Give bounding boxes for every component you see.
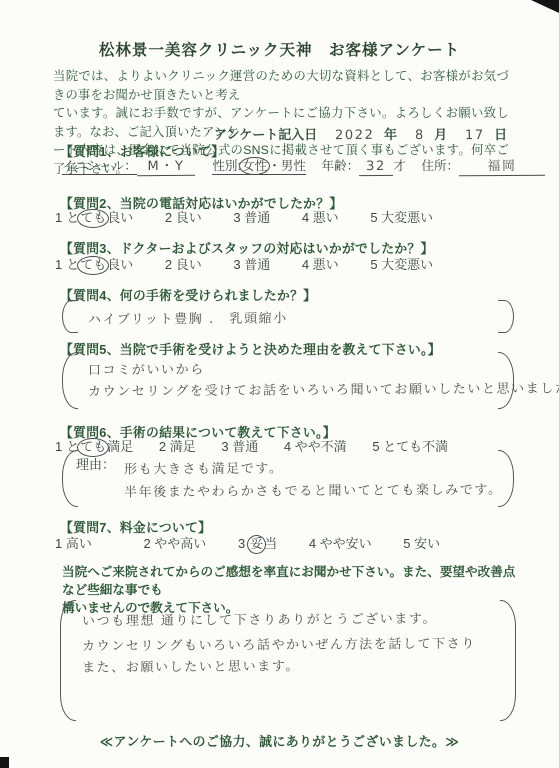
address-label: 住所： — [421, 159, 459, 173]
q6-reason-line-2: 半年後またやわらかさもでると聞いてとても楽しみです。 — [124, 479, 503, 501]
q2-option-4: 4 悪い — [302, 210, 339, 225]
q3-option-2: 2 良い — [165, 257, 202, 272]
age-unit: 才 — [393, 159, 406, 173]
date-year-unit: 年 — [384, 127, 397, 142]
q3-option-1-selected: 1とても良い — [55, 257, 133, 272]
scan-artifact-bottom-left — [0, 757, 9, 768]
gender-field: 性別:女性・男性 — [212, 159, 306, 175]
feedback-prompt-line-1: 当院へご来院されてからのご感想を率直にお聞かせ下さい。また、要望や改善点など些細… — [62, 563, 524, 599]
age-value: 32 — [359, 159, 393, 176]
date-month-value: 8 — [415, 128, 425, 143]
q3-options-row: 1とても良い 2 良い 3 普通 4 悪い 5 大変悪い — [55, 254, 461, 273]
feedback-answer-line-1: いつも理想 通りにして下さりありがとうございます。 — [82, 608, 437, 629]
bracket-left-decoration — [60, 600, 76, 721]
gender-label: 性別: — [212, 159, 241, 173]
date-month-unit: 月 — [434, 127, 447, 142]
initial-label: イニシャル： — [62, 159, 137, 175]
q5-answer-box: 口コミがいいから カウンセリングを受けてお話をいろいろ聞いてお願いしたいと思いま… — [62, 352, 514, 409]
q3-selection-circle: ても — [77, 256, 109, 275]
q3-option-3: 3 普通 — [233, 257, 270, 272]
q5-answer-line-2: カウンセリングを受けてお話をいろいろ聞いてお願いしたいと思いました。 — [88, 377, 559, 399]
bracket-right-decoration — [500, 600, 516, 721]
feedback-answer-line-3: また、お願いしたいと思います。 — [82, 655, 300, 676]
q7-option-4: 4 やや安い — [309, 536, 372, 551]
date-day-unit: 日 — [494, 127, 507, 142]
date-label: アンケート記入日 — [214, 127, 317, 142]
initial-value: M・Y — [137, 155, 195, 176]
q7-option-1: 1 高い — [55, 536, 92, 551]
q1-fields-row: イニシャル：M・Y 性別:女性・男性 年齢：32才 住所：福岡 都道府県 — [62, 155, 559, 176]
q3-option-4: 4 悪い — [302, 257, 339, 272]
q2-option-5: 5 大変悪い — [370, 210, 433, 225]
q7-option-5: 5 安い — [403, 536, 440, 551]
q2-option-3: 3 普通 — [233, 210, 270, 225]
age-label: 年齢： — [321, 159, 359, 173]
date-day-value: 17 — [465, 128, 485, 143]
q3-option-5: 5 大変悪い — [370, 257, 433, 272]
q2-option-1-selected: 1とても良い — [55, 210, 133, 225]
feedback-answer-box: いつも理想 通りにして下さりありがとうございます。 カウンセリングもいろいろ話や… — [60, 600, 516, 721]
q7-option-3-selected: 3妥当 — [238, 536, 277, 551]
q2-option-2: 2 良い — [165, 210, 202, 225]
bracket-left-decoration — [62, 300, 78, 333]
q5-answer-line-1: 口コミがいいから — [88, 359, 205, 379]
q4-answer-text: ハイブリット豊胸 ． 乳頭縮小 — [88, 307, 288, 327]
page-title: 松林景一美容クリニック天神 お客様アンケート — [0, 38, 559, 60]
q6-reason-line-1: 形も大きさも満足です。 — [124, 457, 284, 477]
bracket-left-decoration — [62, 352, 78, 409]
survey-scan-page: 松林景一美容クリニック天神 お客様アンケート 当院では、よりよいクリニック運営の… — [0, 0, 559, 768]
survey-date-line: アンケート記入日 2022 年 8 月 17 日 — [214, 124, 507, 143]
address-value: 福岡 — [459, 155, 545, 177]
closing-message: ≪アンケートへのご協力、誠にありがとうございました。≫ — [0, 731, 559, 750]
intro-line-1: 当院では、よりよいクリニック運営のための大切な資料として、お客様がお気づきの事を… — [53, 67, 509, 104]
date-year-value: 2022 — [335, 128, 375, 143]
q7-options-row: 1 高い 2 やや高い 3妥当 4 やや安い 5 安い — [55, 533, 468, 552]
q2-selection-circle: ても — [77, 209, 109, 228]
gender-rest: ・男性 — [268, 159, 306, 173]
bracket-right-decoration — [498, 300, 514, 333]
q4-answer-box: ハイブリット豊胸 ． 乳頭縮小 — [62, 300, 514, 333]
scan-artifact-top-right — [531, 0, 559, 13]
feedback-answer-line-2: カウンセリングもいろいろ話やかいぜん方法を話して下さり — [82, 633, 476, 655]
gender-selected-circle: 女性 — [239, 157, 270, 175]
q7-option-2: 2 やや高い — [143, 536, 206, 551]
q2-options-row: 1とても良い 2 良い 3 普通 4 悪い 5 大変悪い — [55, 207, 461, 226]
q6-reason-label: 理由： — [76, 454, 115, 473]
q6-reason-box: 理由： 形も大きさも満足です。 半年後またやわらかさもでると聞いてとても楽しみで… — [62, 450, 514, 507]
